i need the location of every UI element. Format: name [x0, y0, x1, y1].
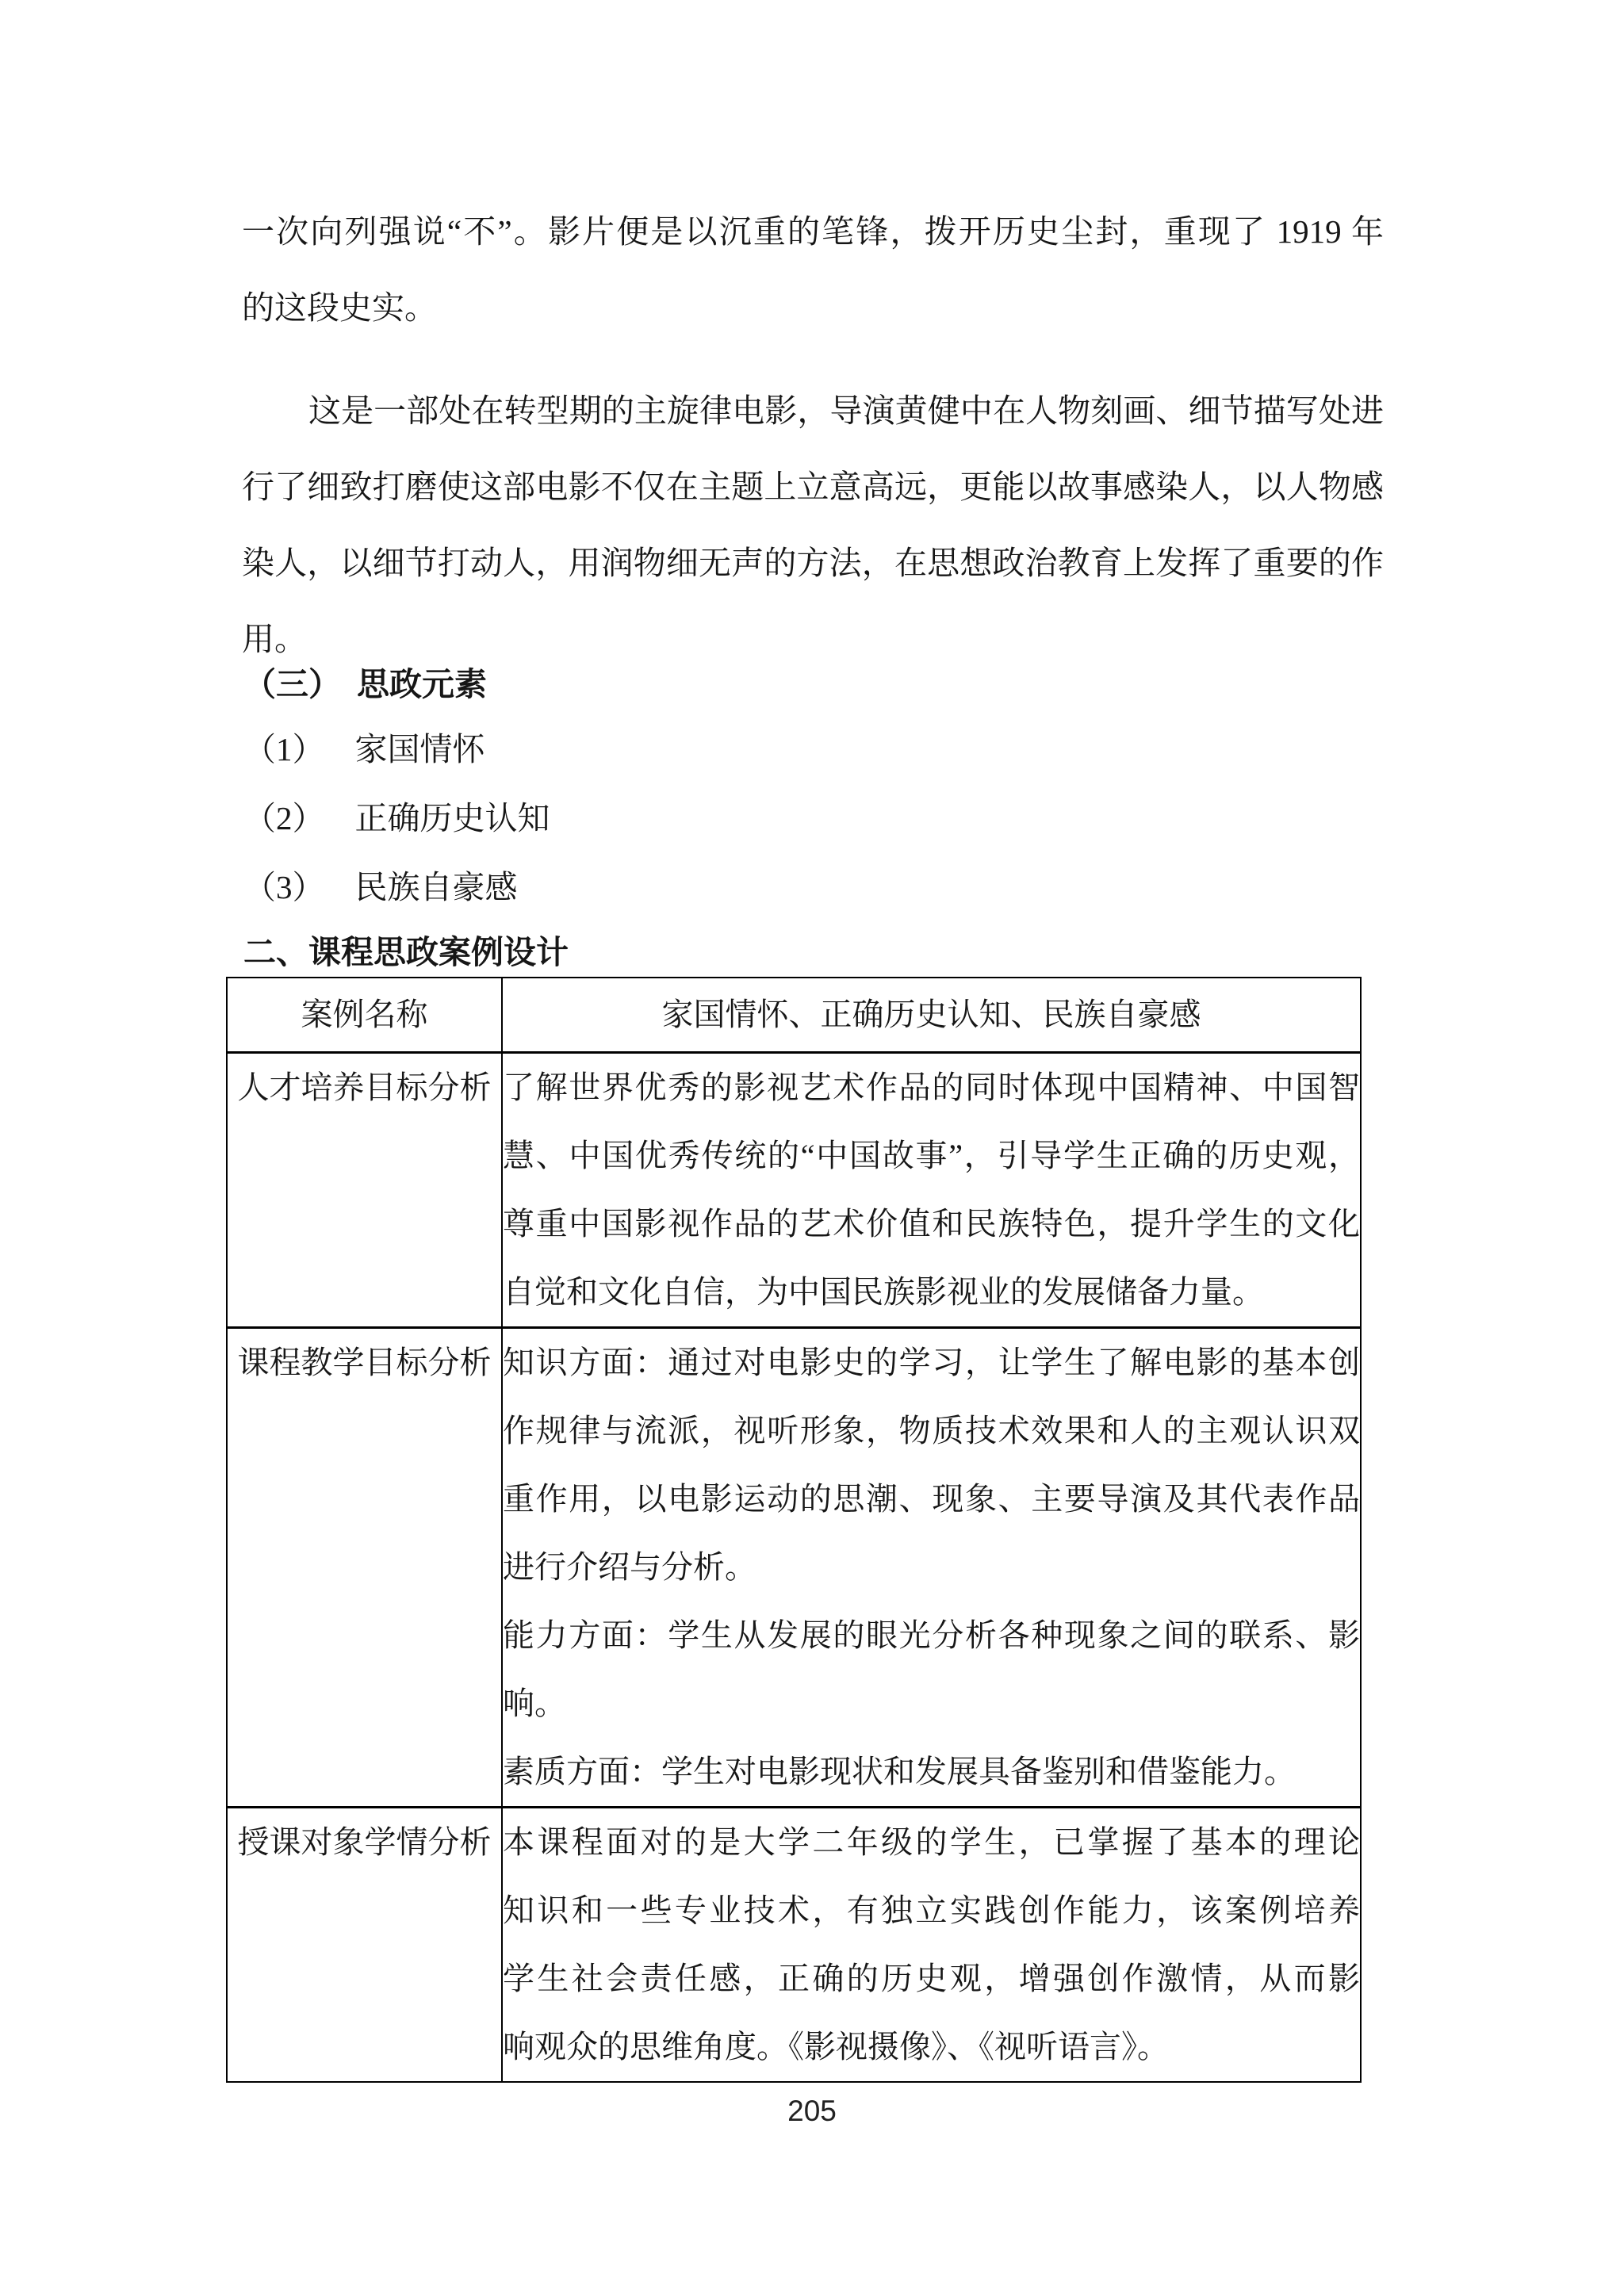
cell-line: 自觉和文化自信，为中国民族影视业的发展储备力量。 — [503, 1258, 1360, 1326]
section-number: （三） — [243, 660, 341, 709]
row-content: 了解世界优秀的影视艺术作品的同时体现中国精神、中国智 慧、中国优秀传统的“中国故… — [502, 1053, 1361, 1328]
cell-line: 知识方面：通过对电影史的学习，让学生了解电影的基本创 — [503, 1329, 1360, 1397]
list-item-number: （1） — [243, 725, 325, 774]
row-label: 人才培养目标分析 — [227, 1053, 502, 1328]
list-item-label: 家国情怀 — [355, 731, 485, 767]
list-item-number: （2） — [243, 794, 325, 843]
cell-line: 能力方面：学生从发展的眼光分析各种现象之间的联系、影 — [503, 1601, 1360, 1670]
section-title: 思政元素 — [357, 666, 487, 702]
table-row-student-analysis: 授课对象学情分析 本课程面对的是大学二年级的学生，已掌握了基本的理论 知识和一些… — [227, 1808, 1361, 2083]
cell-line: 素质方面：学生对电影现状和发展具备鉴别和借鉴能力。 — [503, 1738, 1360, 1806]
cell-line: 知识和一些专业技术，有独立实践创作能力，该案例培养 — [503, 1877, 1360, 1945]
list-item-label: 正确历史认知 — [355, 800, 550, 836]
cell-line: 本课程面对的是大学二年级的学生，已掌握了基本的理论 — [503, 1808, 1360, 1877]
cell-line: 响。 — [503, 1670, 1360, 1738]
list-item-label: 民族自豪感 — [355, 869, 518, 905]
paragraph-2: 这是一部处在转型期的主旋律电影，导演黄健中在人物刻画、细节描写处进 行了细致打磨… — [242, 373, 1384, 677]
cell-line: 学生社会责任感，正确的历史观，增强创作激情，从而影 — [503, 1945, 1360, 2013]
row-label: 课程教学目标分析 — [227, 1328, 502, 1808]
paragraph-line: 这是一部处在转型期的主旋律电影，导演黄健中在人物刻画、细节描写处进 — [242, 373, 1384, 449]
row-content: 知识方面：通过对电影史的学习，让学生了解电影的基本创 作规律与流派，视听形象，物… — [502, 1328, 1361, 1808]
cell-line: 响观众的思维角度。《影视摄像》、《视听语言》。 — [503, 2013, 1360, 2081]
cell-line: 尊重中国影视作品的艺术价值和民族特色，提升学生的文化 — [503, 1190, 1360, 1258]
paragraph-line: 的这段史实。 — [242, 270, 1384, 346]
table-header-name-cell: 案例名称 — [227, 978, 502, 1053]
paragraph-1: 一次向列强说“不”。影片便是以沉重的笔锋，拨开历史尘封，重现了 1919 年 的… — [242, 193, 1384, 346]
cell-line: 慧、中国优秀传统的“中国故事”，引导学生正确的历史观， — [503, 1122, 1360, 1190]
list-item-3: （3）民族自豪感 — [243, 863, 518, 912]
list-item-number: （3） — [243, 863, 325, 912]
cell-line: 进行介绍与分析。 — [503, 1533, 1360, 1601]
list-item-1: （1）家国情怀 — [243, 725, 485, 774]
paragraph-line: 行了细致打磨使这部电影不仅在主题上立意高远，更能以故事感染人，以人物感 — [242, 449, 1384, 525]
table-row-course-goal: 课程教学目标分析 知识方面：通过对电影史的学习，让学生了解电影的基本创 作规律与… — [227, 1328, 1361, 1808]
row-label: 授课对象学情分析 — [227, 1808, 502, 2083]
list-item-2: （2）正确历史认知 — [243, 794, 550, 843]
paragraph-line: 染人，以细节打动人，用润物细无声的方法，在思想政治教育上发挥了重要的作 — [242, 525, 1384, 601]
section-heading-2: 二、课程思政案例设计 — [243, 928, 569, 977]
document-page: 一次向列强说“不”。影片便是以沉重的笔锋，拨开历史尘封，重现了 1919 年 的… — [0, 0, 1624, 2296]
cell-line: 作规律与流派，视听形象，物质技术效果和人的主观认识双 — [503, 1397, 1360, 1465]
cell-line: 了解世界优秀的影视艺术作品的同时体现中国精神、中国智 — [503, 1054, 1360, 1122]
cell-line: 重作用，以电影运动的思潮、现象、主要导演及其代表作品 — [503, 1465, 1360, 1533]
table-row-talent-goal: 人才培养目标分析 了解世界优秀的影视艺术作品的同时体现中国精神、中国智 慧、中国… — [227, 1053, 1361, 1328]
row-content: 本课程面对的是大学二年级的学生，已掌握了基本的理论 知识和一些专业技术，有独立实… — [502, 1808, 1361, 2083]
section-title: 二、课程思政案例设计 — [243, 934, 569, 970]
case-design-table: 案例名称 家国情怀、正确历史认知、民族自豪感 人才培养目标分析 了解世界优秀的影… — [226, 977, 1362, 2083]
table-header-row: 案例名称 家国情怀、正确历史认知、民族自豪感 — [227, 978, 1361, 1053]
table-header-value-cell: 家国情怀、正确历史认知、民族自豪感 — [502, 978, 1361, 1053]
page-number: 205 — [0, 2095, 1624, 2128]
section-heading-3: （三）思政元素 — [243, 660, 487, 709]
paragraph-line: 一次向列强说“不”。影片便是以沉重的笔锋，拨开历史尘封，重现了 1919 年 — [242, 193, 1384, 270]
